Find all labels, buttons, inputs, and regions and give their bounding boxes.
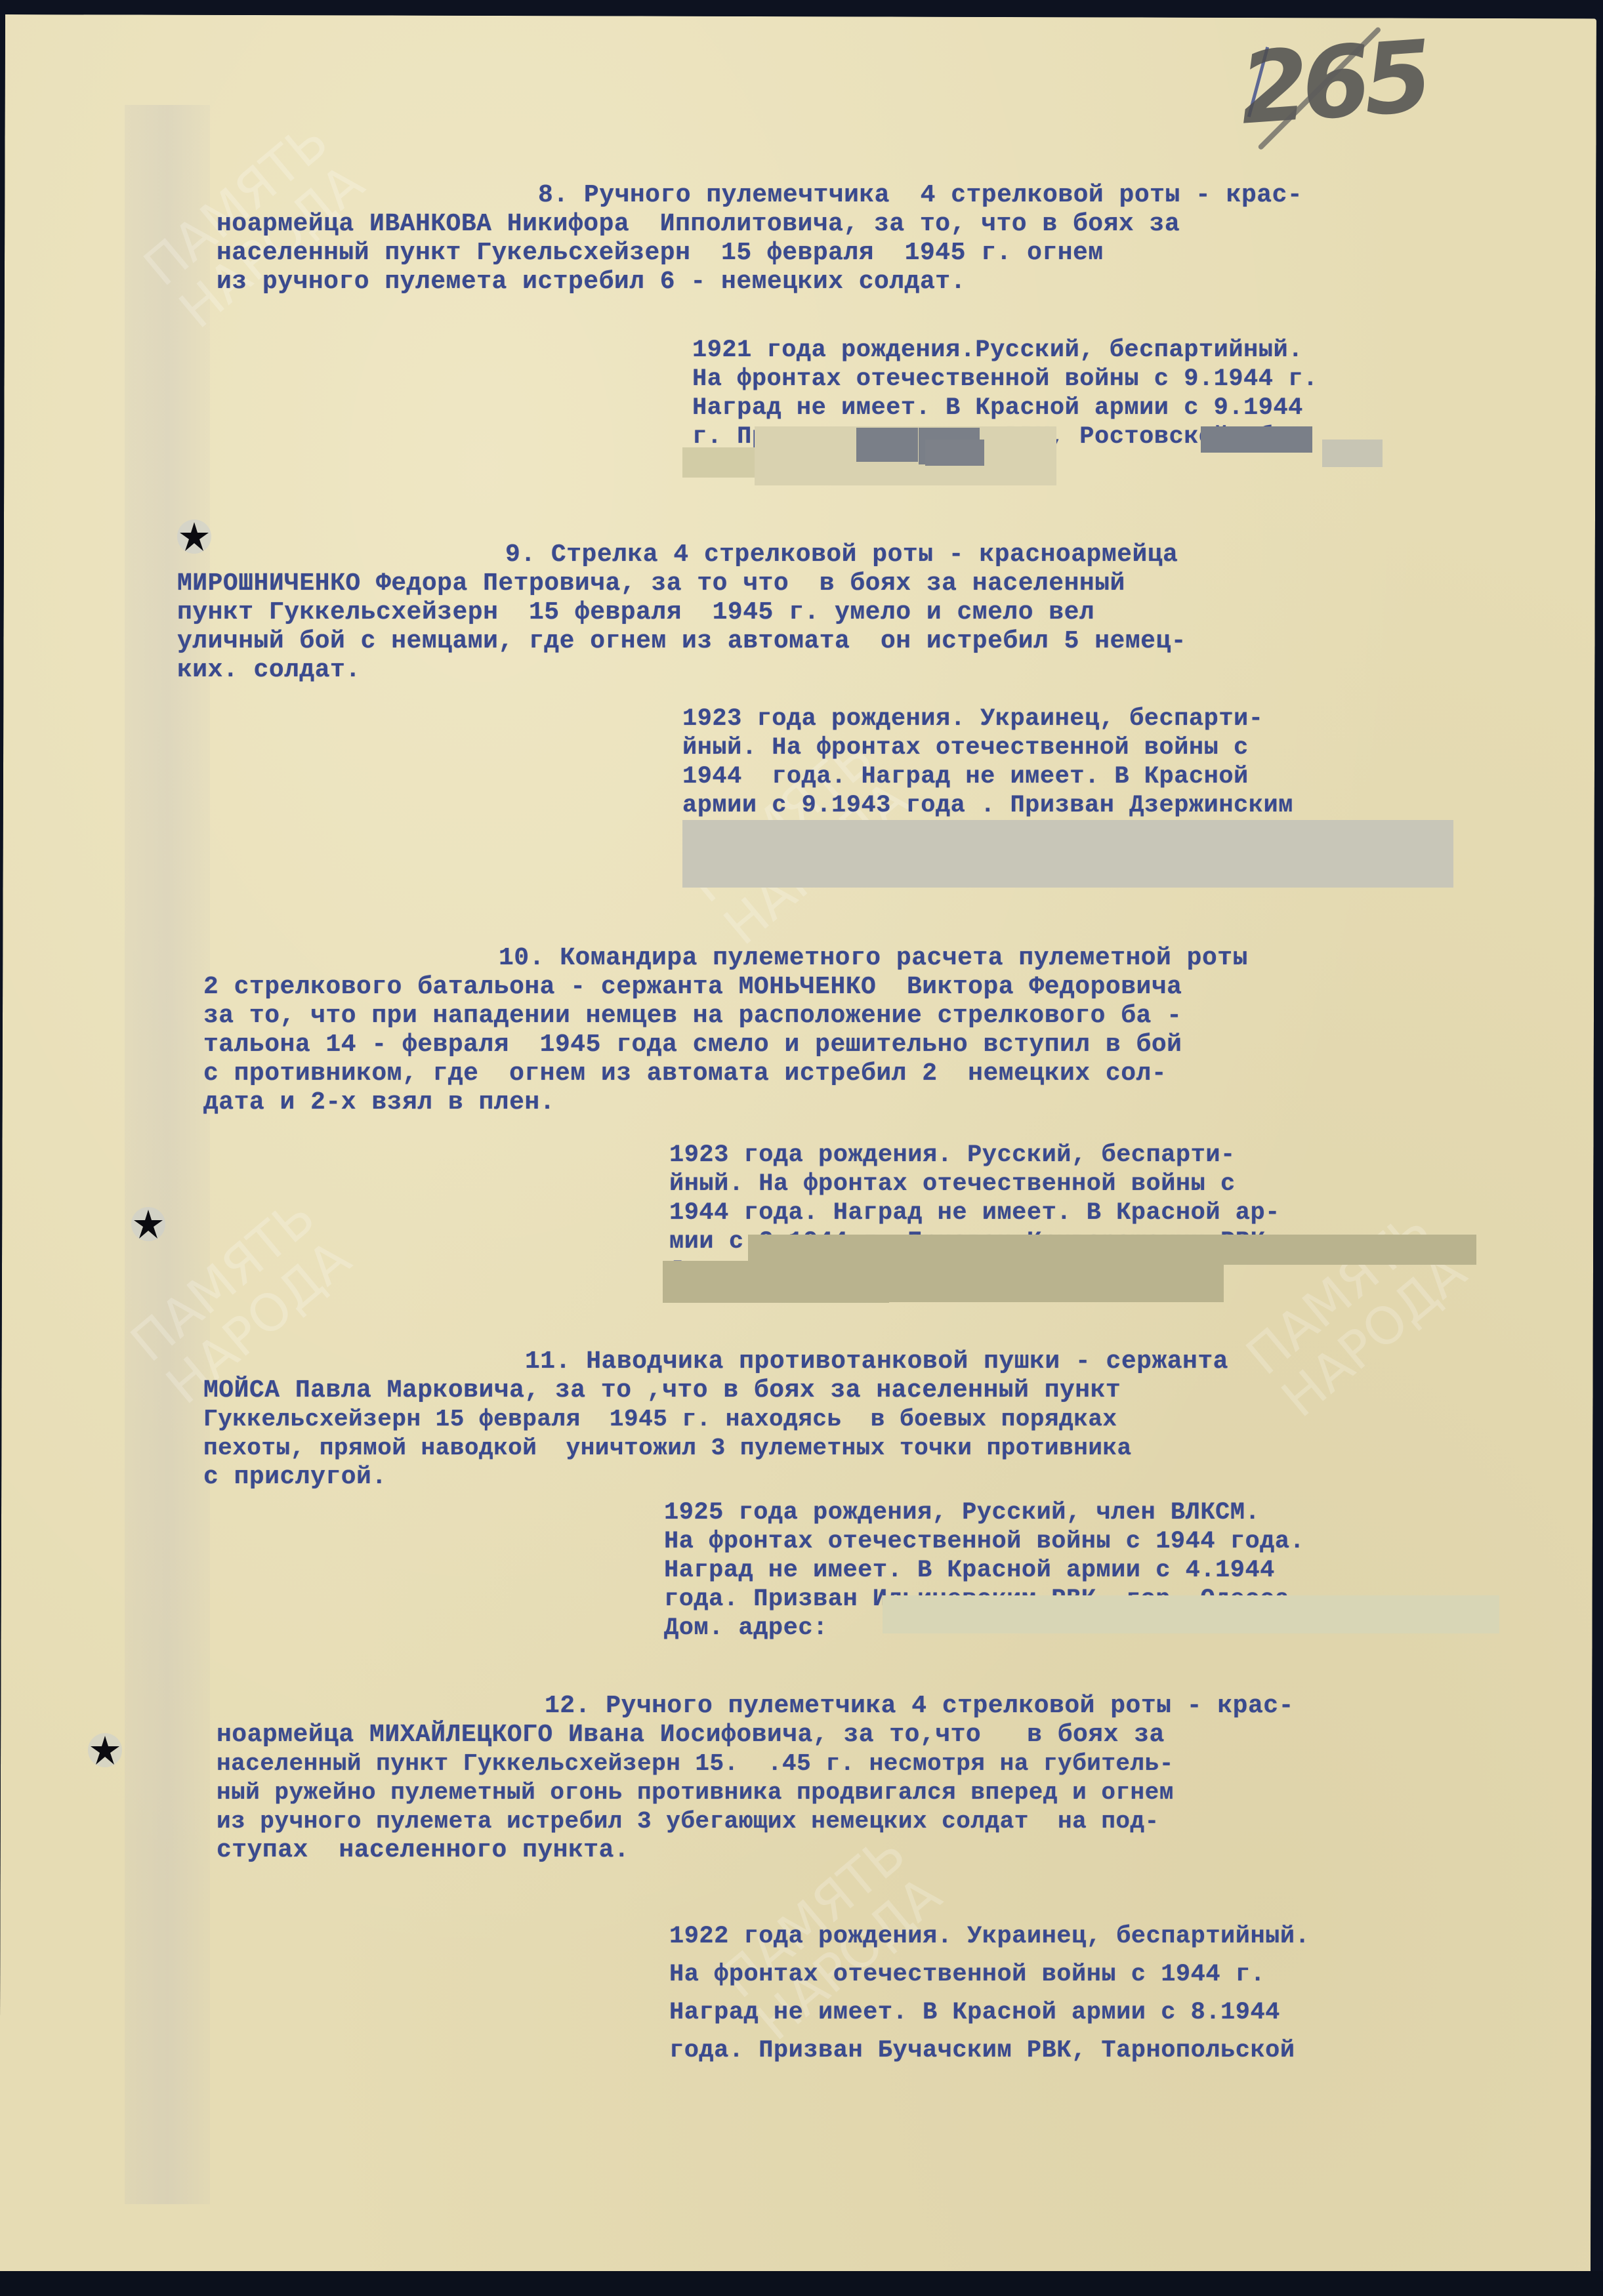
bio-line: 1923 года рождения. Русский, беспарти- (669, 1141, 1280, 1170)
citation-line: ный ружейно пулеметный огонь противника … (217, 1778, 1294, 1807)
bio-line: На фронтах отечественной войны с 1944 г. (669, 1956, 1310, 1994)
margin-shadow (125, 105, 210, 2204)
citation-line: из ручного пулемета истребил 6 - немецки… (217, 268, 1302, 297)
citation-line: уличный бой с немцами, где огнем из авто… (177, 627, 1186, 656)
citation-line: населенный пункт Гукельсхейзерн 15 февра… (217, 239, 1302, 268)
bio-line: йный. На фронтах отечественной войны с (669, 1170, 1280, 1199)
punch-hole-icon (87, 1732, 123, 1769)
citation-line: пункт Гуккельсхейзерн 15 февраля 1945 г.… (177, 598, 1186, 627)
citation-line: 12. Ручного пулеметчика 4 стрелковой рот… (217, 1692, 1294, 1721)
bio-line: 1921 года рождения.Русский, беспартийный… (692, 336, 1318, 365)
bio-line: 1925 года рождения, Русский, член ВЛКСМ. (664, 1498, 1304, 1527)
redaction-block (925, 440, 984, 466)
citation-line: 10. Командира пулеметного расчета пулеме… (203, 944, 1248, 973)
entry-12-bio: 1922 года рождения. Украинец, беспартийн… (669, 1879, 1310, 2108)
bio-line: На фронтах отечественной войны с 9.1944 … (692, 365, 1318, 394)
citation-line: населенный пункт Гуккельсхейзерн 15. .45… (217, 1750, 1294, 1778)
redaction-block (856, 428, 918, 462)
citation-line: пехоты, прямой наводкой уничтожил 3 пуле… (203, 1434, 1228, 1463)
bio-line: 1923 года рождения. Украинец, беспарти- (682, 705, 1293, 733)
bio-line: 1922 года рождения. Украинец, беспартийн… (669, 1917, 1310, 1956)
bio-line: 1944 года. Наград не имеет. В Красной ар… (669, 1199, 1280, 1227)
citation-line: 11. Наводчика противотанковой пушки - се… (203, 1347, 1228, 1376)
citation-line: с противником, где огнем из автомата ист… (203, 1059, 1248, 1088)
citation-line: из ручного пулемета истребил 3 убегающих… (217, 1807, 1294, 1836)
entry-8-citation: 8. Ручного пулемечтчика 4 стрелковой рот… (217, 152, 1302, 325)
citation-line: Гуккельсхейзерн 15 февраля 1945 г. наход… (203, 1405, 1228, 1434)
citation-line: МОЙСА Павла Марковича, за то ,что в боях… (203, 1376, 1228, 1405)
bio-line: года. Призван Бучачским РВК, Тарнопольск… (669, 2032, 1310, 2070)
citation-line: тальона 14 - февраля 1945 года смело и р… (203, 1031, 1248, 1059)
redaction-block (879, 1263, 1224, 1302)
redaction-block (682, 820, 1453, 888)
citation-line: 2 стрелкового батальона - сержанта МОНЬЧ… (203, 973, 1248, 1002)
citation-line: за то, что при нападении немцев на распо… (203, 1002, 1248, 1031)
redaction-block (663, 1261, 889, 1303)
bio-line: армии с 9.1943 года . Призван Дзержински… (682, 791, 1293, 820)
entry-11-bio: 1925 года рождения, Русский, член ВЛКСМ.… (664, 1469, 1304, 1671)
folio-number: 265 (1236, 20, 1430, 146)
redaction-block (1322, 440, 1383, 467)
bio-line: Наград не имеет. В Красной армии с 4.194… (664, 1556, 1304, 1585)
citation-line: ступах населенного пункта. (217, 1836, 1294, 1865)
bio-line: Наград не имеет. В Красной армии с 9.194… (692, 394, 1318, 422)
bio-line: 1944 года. Наград не имеет. В Красной (682, 762, 1293, 791)
redaction-block (883, 1595, 1499, 1633)
bio-line: Наград не имеет. В Красной армии с 8.194… (669, 1994, 1310, 2032)
bio-line: йный. На фронтах отечественной войны с (682, 733, 1293, 762)
citation-line: 9. Стрелка 4 стрелковой роты - красноарм… (177, 541, 1186, 569)
punch-hole-icon (130, 1206, 167, 1242)
citation-line: 8. Ручного пулемечтчика 4 стрелковой рот… (217, 181, 1302, 210)
entry-12-citation: 12. Ручного пулеметчика 4 стрелковой рот… (217, 1663, 1294, 1894)
citation-line: ноармейца ИВАНКОВА Никифора Ипполитовича… (217, 210, 1302, 239)
citation-line: ноармейца МИХАЙЛЕЦКОГО Ивана Иосифовича,… (217, 1721, 1294, 1750)
scan-border (0, 2271, 1603, 2296)
redaction-block (1201, 426, 1312, 453)
citation-line: МИРОШНИЧЕНКО Федора Петровича, за то что… (177, 569, 1186, 598)
bio-line: На фронтах отечественной войны с 1944 го… (664, 1527, 1304, 1556)
